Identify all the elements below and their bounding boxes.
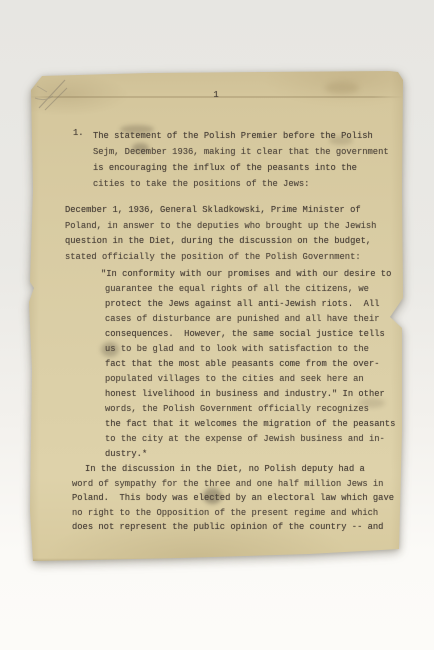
text-line: protect the Jews against all anti-Jewish… bbox=[105, 297, 405, 312]
text-line: dustry.* bbox=[105, 447, 405, 462]
text-line: does not represent the public opinion of… bbox=[72, 520, 402, 535]
item-text: The statement of the Polish Premier befo… bbox=[93, 128, 393, 192]
document-page: 1 1. The statement of the Polish Premier… bbox=[29, 70, 403, 564]
text-line: question in the Diet, during the discuss… bbox=[65, 234, 395, 250]
text-line: is encouraging the influx of the peasant… bbox=[93, 160, 393, 176]
text-line: words, the Polish Government officially … bbox=[105, 402, 405, 417]
page-number: 1 bbox=[29, 90, 403, 100]
text-line: cities to take the positions of the Jews… bbox=[93, 176, 393, 192]
text-line: December 1, 1936, General Skladkowski, P… bbox=[65, 203, 395, 219]
body-paragraph: December 1, 1936, General Skladkowski, P… bbox=[65, 203, 395, 266]
text-line: stated officially the position of the Po… bbox=[65, 250, 395, 266]
text-line: cases of disturbance are punished and al… bbox=[105, 312, 405, 327]
photo-background: 1 1. The statement of the Polish Premier… bbox=[0, 0, 434, 650]
text-line: Poland. This body was elected by an elec… bbox=[72, 491, 402, 506]
body-paragraph: In the discussion in the Diet, no Polish… bbox=[72, 462, 402, 535]
text-line: Sejm, December 1936, making it clear tha… bbox=[93, 144, 393, 160]
text-line: fact that the most able peasants come fr… bbox=[105, 357, 405, 372]
block-quote: "In conformity with our promises and wit… bbox=[105, 267, 405, 462]
text-line: The statement of the Polish Premier befo… bbox=[93, 128, 393, 144]
text-line: consequences. However, the same social j… bbox=[105, 327, 405, 342]
text-line: guarantee the equal rights of all the ci… bbox=[105, 282, 405, 297]
text-line: the fact that it welcomes the migration … bbox=[105, 417, 405, 432]
paper-bottom-edge bbox=[29, 557, 403, 564]
text-line: word of sympathy for the three and one h… bbox=[72, 477, 402, 492]
item-number: 1. bbox=[73, 128, 84, 138]
text-line: In the discussion in the Diet, no Polish… bbox=[72, 462, 402, 477]
text-line: populated villages to the cities and see… bbox=[105, 372, 405, 387]
text-line: Poland, in answer to the deputies who br… bbox=[65, 219, 395, 235]
text-line: honest livelihood in business and indust… bbox=[105, 387, 405, 402]
numbered-paragraph: 1. The statement of the Polish Premier b… bbox=[73, 128, 393, 192]
text-line: "In conformity with our promises and wit… bbox=[105, 267, 405, 282]
paper-sheet: 1 1. The statement of the Polish Premier… bbox=[29, 70, 403, 564]
text-line: us to be glad and to look with satisfact… bbox=[105, 342, 405, 357]
text-line: no right to the Opposition of the presen… bbox=[72, 506, 402, 521]
text-line: to the city at the expense of Jewish bus… bbox=[105, 432, 405, 447]
